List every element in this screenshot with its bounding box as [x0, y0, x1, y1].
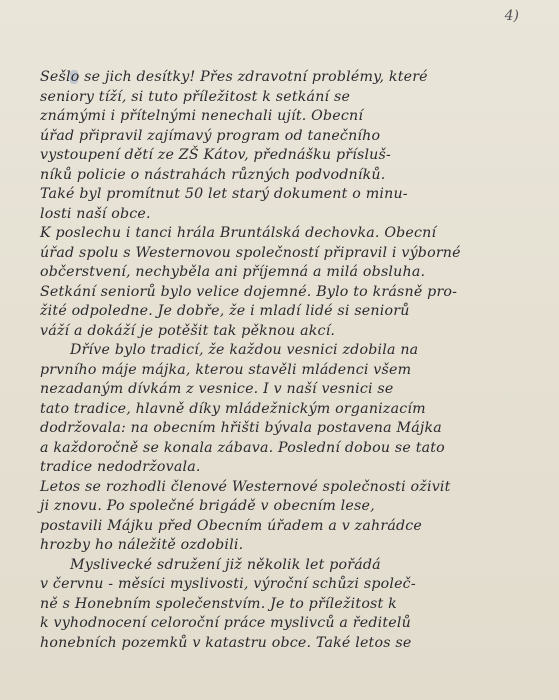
text-line: úřad připravil zajímavý program od taneč…: [40, 127, 540, 147]
text-line: seniory tíží, si tuto příležitost k setk…: [40, 88, 540, 108]
text-line: K poslechu i tanci hrála Bruntálská dech…: [40, 224, 540, 244]
text-line: Letos se rozhodli členové Westernové spo…: [40, 478, 540, 498]
text-line: Dříve bylo tradicí, že každou vesnici zd…: [40, 341, 540, 361]
text-line: nezadaným dívkám z vesnice. I v naší ves…: [40, 380, 540, 400]
page-number: 4): [505, 8, 519, 24]
text-line: žité odpoledne. Je dobře, že i mladí lid…: [40, 302, 540, 322]
text-line: Myslivecké sdružení již několik let pořá…: [40, 556, 540, 576]
text-line: tradice nedodržovala.: [40, 458, 540, 478]
text-line: hrozby ho náležitě ozdobili.: [40, 536, 540, 556]
text-line: losti naší obce.: [40, 205, 540, 225]
text-line: honebních pozemků v katastru obce. Také …: [40, 634, 540, 654]
text-line: vystoupení dětí ze ZŠ Kátov, přednášku p…: [40, 146, 540, 166]
text-line: v červnu - měsíci myslivosti, výroční sc…: [40, 575, 540, 595]
text-line: váží a dokáží je potěšit tak pěknou akcí…: [40, 322, 540, 342]
text-line: občerstvení, nechyběla ani příjemná a mi…: [40, 263, 540, 283]
text-line: Také byl promítnut 50 let starý dokument…: [40, 185, 540, 205]
text-line: Setkání seniorů bylo velice dojemné. Byl…: [40, 283, 540, 303]
text-line: ně s Honebním společenstvím. Je to příle…: [40, 595, 540, 615]
handwritten-page: 4) Sešlo se jich desítky! Přes zdravotní…: [0, 0, 559, 700]
chronicle-text: Sešlo se jich desítky! Přes zdravotní pr…: [40, 68, 540, 653]
text-line: postavili Májku před Obecním úřadem a v …: [40, 517, 540, 537]
text-line: Sešlo se jich desítky! Přes zdravotní pr…: [40, 68, 540, 88]
text-line: tato tradice, hlavně díky mládežnickým o…: [40, 400, 540, 420]
text-line: a každoročně se konala zábava. Poslední …: [40, 439, 540, 459]
text-line: k vyhodnocení celoroční práce myslivců a…: [40, 614, 540, 634]
text-line: úřad spolu s Westernovou společností při…: [40, 244, 540, 264]
text-line: níků policie o nástrahách různých podvod…: [40, 166, 540, 186]
text-line: dodržovala: na obecním hřišti bývala pos…: [40, 419, 540, 439]
text-line: prvního máje májka, kterou stavěli mláde…: [40, 361, 540, 381]
text-line: ji znovu. Po společné brigádě v obecním …: [40, 497, 540, 517]
text-line: známými i přítelnými nenechali ujít. Obe…: [40, 107, 540, 127]
